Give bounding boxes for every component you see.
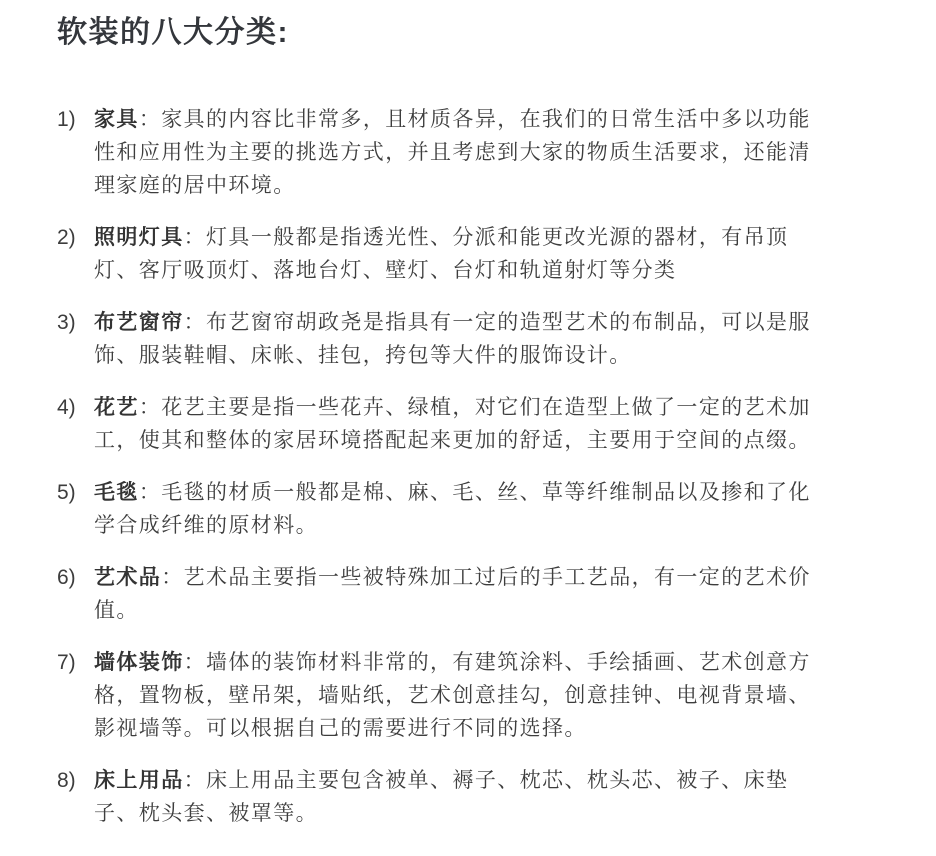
item-term: 墙体装饰 <box>94 651 184 674</box>
item-term: 毛毯 <box>94 481 139 504</box>
item-text: 艺术品：艺术品主要指一些被特殊加工过后的手工艺品，有一定的艺术价值。 <box>94 561 819 627</box>
page-title: 软装的八大分类: <box>57 12 936 53</box>
item-description: 毛毯的材质一般都是棉、麻、毛、丝、草等纤维制品以及掺和了化学合成纤维的原材料。 <box>94 481 811 537</box>
item-text: 毛毯：毛毯的材质一般都是棉、麻、毛、丝、草等纤维制品以及掺和了化学合成纤维的原材… <box>94 476 819 542</box>
item-text: 花艺：花艺主要是指一些花卉、绿植，对它们在造型上做了一定的艺术加工，使其和整体的… <box>94 391 819 457</box>
item-number: 1) <box>57 103 94 136</box>
item-separator: ： <box>139 481 161 504</box>
item-description: 家具的内容比非常多，且材质各异，在我们的日常生活中多以功能性和应用性为主要的挑选… <box>94 108 811 197</box>
item-term: 布艺窗帘 <box>94 311 184 334</box>
list-item-lighting: 2) 照明灯具：灯具一般都是指透光性、分派和能更改光源的器材，有吊顶灯、客厅吸顶… <box>57 221 936 287</box>
item-term: 艺术品 <box>94 566 161 589</box>
item-number: 7) <box>57 646 94 679</box>
item-number: 2) <box>57 221 94 254</box>
item-text: 照明灯具：灯具一般都是指透光性、分派和能更改光源的器材，有吊顶灯、客厅吸顶灯、落… <box>94 221 819 287</box>
list-item-furniture: 1) 家具：家具的内容比非常多，且材质各异，在我们的日常生活中多以功能性和应用性… <box>57 103 936 202</box>
item-separator: ： <box>184 311 206 334</box>
item-number: 5) <box>57 476 94 509</box>
item-text: 床上用品：床上用品主要包含被单、褥子、枕芯、枕头芯、被子、床垫子、枕头套、被罩等… <box>94 764 819 830</box>
list-item-bedding: 8) 床上用品：床上用品主要包含被单、褥子、枕芯、枕头芯、被子、床垫子、枕头套、… <box>57 764 936 830</box>
item-separator: ： <box>139 108 161 131</box>
item-number: 4) <box>57 391 94 424</box>
list-item-blankets: 5) 毛毯：毛毯的材质一般都是棉、麻、毛、丝、草等纤维制品以及掺和了化学合成纤维… <box>57 476 936 542</box>
item-description: 艺术品主要指一些被特殊加工过后的手工艺品，有一定的艺术价值。 <box>94 566 811 622</box>
document-page: 软装的八大分类: 1) 家具：家具的内容比非常多，且材质各异，在我们的日常生活中… <box>0 0 936 856</box>
item-separator: ： <box>139 396 161 419</box>
item-term: 家具 <box>94 108 139 131</box>
item-separator: ： <box>184 651 206 674</box>
list-item-floral-art: 4) 花艺：花艺主要是指一些花卉、绿植，对它们在造型上做了一定的艺术加工，使其和… <box>57 391 936 457</box>
item-term: 照明灯具 <box>94 226 184 249</box>
item-term: 床上用品 <box>94 769 184 792</box>
item-number: 6) <box>57 561 94 594</box>
item-number: 3) <box>57 306 94 339</box>
item-text: 家具：家具的内容比非常多，且材质各异，在我们的日常生活中多以功能性和应用性为主要… <box>94 103 819 202</box>
item-description: 花艺主要是指一些花卉、绿植，对它们在造型上做了一定的艺术加工，使其和整体的家居环… <box>94 396 811 452</box>
item-separator: ： <box>184 226 206 249</box>
item-number: 8) <box>57 764 94 797</box>
item-term: 花艺 <box>94 396 139 419</box>
item-text: 布艺窗帘：布艺窗帘胡政尧是指具有一定的造型艺术的布制品，可以是服饰、服装鞋帽、床… <box>94 306 819 372</box>
item-text: 墙体装饰：墙体的装饰材料非常的，有建筑涂料、手绘插画、艺术创意方格，置物板，壁吊… <box>94 646 819 745</box>
list-item-wall-decor: 7) 墙体装饰：墙体的装饰材料非常的，有建筑涂料、手绘插画、艺术创意方格，置物板… <box>57 646 936 745</box>
list-item-fabric-curtains: 3) 布艺窗帘：布艺窗帘胡政尧是指具有一定的造型艺术的布制品，可以是服饰、服装鞋… <box>57 306 936 372</box>
category-list: 1) 家具：家具的内容比非常多，且材质各异，在我们的日常生活中多以功能性和应用性… <box>57 103 936 830</box>
item-separator: ： <box>184 769 206 792</box>
item-separator: ： <box>161 566 183 589</box>
list-item-artwork: 6) 艺术品：艺术品主要指一些被特殊加工过后的手工艺品，有一定的艺术价值。 <box>57 561 936 627</box>
